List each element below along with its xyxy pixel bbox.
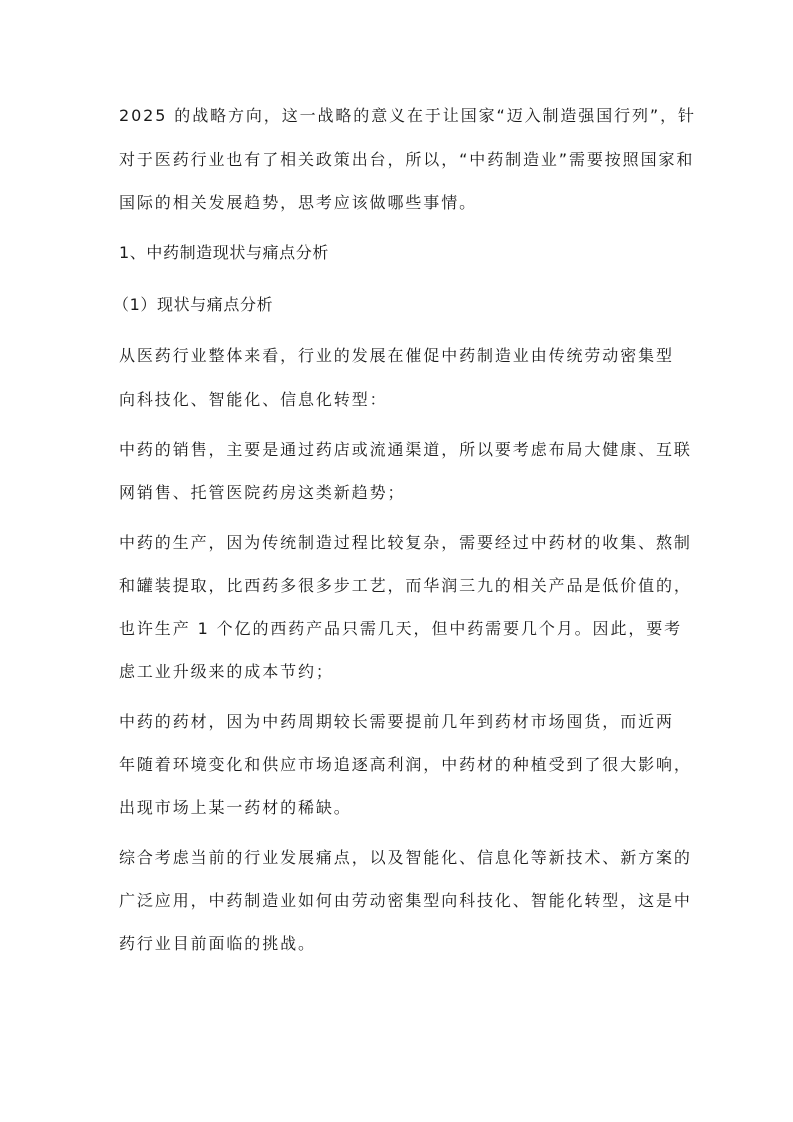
text-line: 对于医药行业也有了相关政策出台，所以，“中药制造业”需要按照国家和	[119, 150, 694, 170]
text-line: 中药的销售，主要是通过药店或流通渠道，所以要考虑布局大健康、互联	[119, 440, 692, 460]
text-line: 向科技化、智能化、信息化转型：	[119, 390, 388, 410]
text-line: 综合考虑当前的行业发展痛点，以及智能化、信息化等新技术、新方案的	[119, 848, 692, 868]
text-line: 从医药行业整体来看，行业的发展在催促中药制造业由传统劳动密集型	[119, 346, 674, 366]
subsection-heading-text: （1）现状与痛点分析	[113, 295, 273, 315]
section-heading-text: 1、中药制造现状与痛点分析	[119, 243, 329, 263]
text-line: 2025 的战略方向，这一战略的意义在于让国家“迈入制造强国行列”，针	[119, 106, 696, 126]
text-line: 和罐装提取，比西药多很多步工艺，而华润三九的相关产品是低价值的，	[119, 576, 692, 596]
text-line: 年随着环境变化和供应市场追逐高利润，中药材的种植受到了很大影响，	[119, 755, 692, 775]
text-line: 虑工业升级来的成本节约；	[119, 662, 334, 682]
text-line: 国际的相关发展趋势，思考应该做哪些事情。	[119, 193, 477, 213]
text-line: 中药的生产，因为传统制造过程比较复杂，需要经过中药材的收集、熬制	[119, 533, 692, 553]
text-line: 药行业目前面临的挑战。	[119, 934, 316, 954]
text-line: 网销售、托管医院药房这类新趋势；	[119, 483, 405, 503]
text-line: 出现市场上某一药材的稀缺。	[119, 798, 352, 818]
text-line: 广泛应用，中药制造业如何由劳动密集型向科技化、智能化转型，这是中	[119, 891, 692, 911]
text-line: 中药的药材，因为中药周期较长需要提前几年到药材市场囤货，而近两	[119, 712, 674, 732]
text-line: 也许生产 1 个亿的西药产品只需几天，但中药需要几个月。因此，要考	[119, 619, 682, 639]
